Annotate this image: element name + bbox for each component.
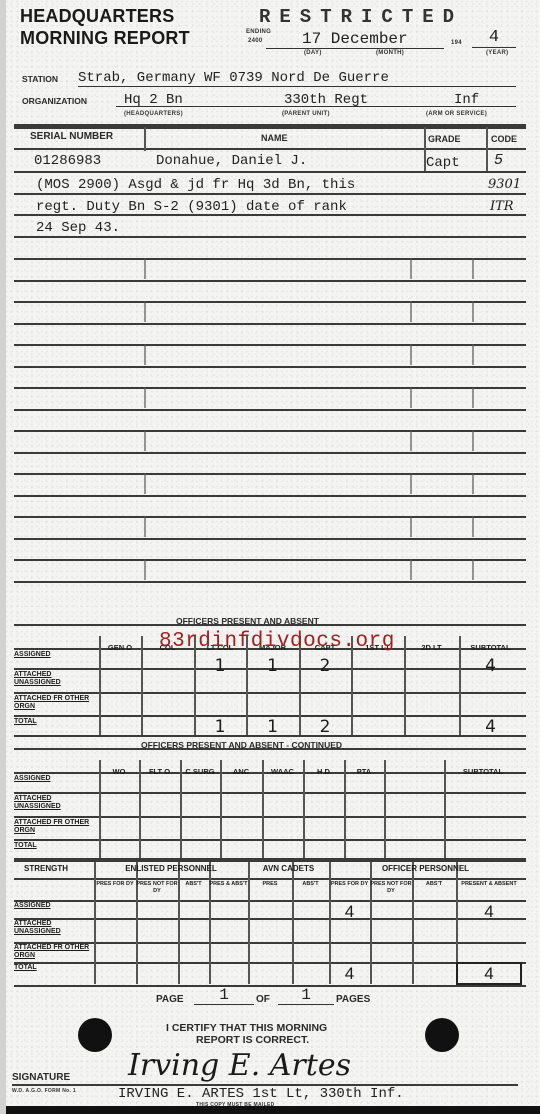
column-header: SUBTOTAL (459, 643, 522, 652)
year-prefix: 194 (451, 40, 462, 46)
form-note: W.D. A.G.O. FORM No. 1 (12, 1088, 76, 1094)
sub-day: (DAY) (304, 50, 322, 56)
column-header: H D (303, 767, 344, 776)
col-grade: GRADE (428, 134, 461, 144)
cell-value: 4 (456, 902, 522, 922)
sub-parent-unit: (PARENT UNIT) (282, 111, 330, 117)
row-label: ATTACHED UNASSIGNED (14, 795, 98, 811)
ruled-line (14, 323, 526, 325)
column-header: ABS'T (412, 881, 456, 888)
table-rule (14, 860, 526, 862)
column-header: PRESENT & ABSENT (456, 881, 522, 888)
col-code: CODE (491, 134, 517, 144)
sub-arm-service: (ARM OR SERVICE) (426, 111, 487, 117)
table-rule (14, 692, 526, 694)
ruled-line (14, 127, 526, 129)
total-box (456, 962, 522, 985)
record-serial: 01286983 (34, 153, 101, 169)
sub-month: (MONTH) (376, 50, 404, 56)
margin-note-initials: ITR (490, 199, 514, 214)
ruled-line (14, 280, 526, 282)
column-divider (472, 301, 474, 322)
column-header: PRES NOT FOR DY (136, 881, 178, 895)
column-header: PRES FOR DY (94, 881, 136, 888)
ruled-line (14, 301, 526, 303)
column-divider (144, 559, 146, 580)
table-rule (14, 878, 526, 880)
column-divider (144, 516, 146, 537)
column-header: WO (99, 767, 139, 776)
column-divider (144, 258, 146, 279)
column-divider (144, 127, 146, 151)
table-col-divider (384, 760, 386, 858)
column-header: SUBTOTAL (444, 767, 522, 776)
group-avn-cadets: AVN CADETS (248, 864, 329, 873)
strength-label: STRENGTH (24, 864, 68, 873)
record-remark-line2: regt. Duty Bn S-2 (9301) date of rank (36, 199, 347, 215)
cell-value: 1 (194, 717, 246, 737)
ruled-line (14, 559, 526, 561)
cell-value: 2 (299, 656, 351, 676)
cell-value: 1 (194, 656, 246, 676)
column-divider (472, 258, 474, 279)
page-label: PAGE (156, 994, 184, 1005)
title-morning-report: MORNING REPORT (20, 28, 190, 49)
col-serial-number: SERIAL NUMBER (30, 131, 113, 142)
record-name: Donahue, Daniel J. (156, 153, 307, 169)
group-enlisted: ENLISTED PERSONNEL (94, 864, 248, 873)
ruled-line (14, 214, 526, 216)
organization-parent: 330th Regt (284, 92, 368, 108)
report-year: 4 (472, 28, 516, 48)
column-header: ABS'T (292, 881, 329, 888)
cell-value: 4 (459, 656, 522, 676)
row-label: TOTAL (14, 964, 94, 972)
ruled-line (14, 538, 526, 540)
column-header: PRES NOT FOR DY (370, 881, 412, 895)
column-divider (486, 127, 488, 171)
column-divider (424, 127, 426, 171)
column-header: FLT O (139, 767, 180, 776)
table-rule (14, 792, 526, 794)
column-divider (410, 473, 412, 494)
ruled-line (14, 409, 526, 411)
column-header: PTA (344, 767, 384, 776)
cell-value: 1 (246, 717, 299, 737)
ruled-line (14, 171, 526, 173)
signature-label: SIGNATURE (12, 1072, 70, 1083)
column-header: C SURG (180, 767, 220, 776)
column-divider (410, 559, 412, 580)
ruled-line (14, 258, 526, 260)
row-label: ATTACHED UNASSIGNED (14, 671, 98, 687)
column-divider (410, 344, 412, 365)
ruled-line (14, 344, 526, 346)
row-label: ATTACHED UNASSIGNED (14, 920, 94, 936)
cell-value: 2 (299, 717, 351, 737)
column-divider (472, 344, 474, 365)
ruled-line (14, 581, 526, 583)
row-label: ATTACHED FR OTHER ORGN (14, 819, 98, 835)
pages-label: PAGES (336, 994, 370, 1005)
row-label: TOTAL (14, 718, 98, 726)
column-header: WAAC (262, 767, 303, 776)
record-code: 5 (494, 152, 503, 169)
organization-unit: Hq 2 Bn (124, 92, 183, 108)
ruled-line (14, 430, 526, 432)
column-divider (472, 473, 474, 494)
column-divider (472, 516, 474, 537)
sub-year: (YEAR) (486, 50, 508, 56)
scan-edge (6, 1106, 540, 1114)
table-rule (14, 816, 526, 818)
signer-typed-name: IRVING E. ARTES 1st Lt, 330th Inf. (118, 1086, 404, 1102)
table-rule (14, 624, 526, 626)
certify-line2: REPORT IS CORRECT. (196, 1034, 309, 1046)
ruled-line (14, 236, 526, 238)
column-header: ANC (220, 767, 262, 776)
column-divider (144, 344, 146, 365)
row-label: TOTAL (14, 842, 98, 850)
column-divider (472, 430, 474, 451)
cell-value: 4 (459, 717, 522, 737)
ruled-line (14, 366, 526, 368)
record-remark-line3: 24 Sep 43. (36, 220, 120, 236)
column-divider (410, 301, 412, 322)
row-label: ATTACHED FR OTHER ORGN (14, 695, 98, 711)
cell-value: 1 (246, 656, 299, 676)
table-rule (14, 839, 526, 841)
cell-value: 4 (329, 902, 370, 922)
table-rule (14, 748, 526, 750)
ruled-line (14, 516, 526, 518)
ruled-line (14, 495, 526, 497)
column-divider (472, 559, 474, 580)
row-label: ATTACHED FR OTHER ORGN (14, 944, 94, 960)
record-remark-line1: (MOS 2900) Asgd & jd fr Hq 3d Bn, this (36, 177, 355, 193)
signature-script: Irving E. Artes (128, 1048, 351, 1083)
station-value: Strab, Germany WF 0739 Nord De Guerre (78, 70, 516, 87)
classification-stamp: RESTRICTED (259, 6, 463, 28)
ruled-line (14, 452, 526, 454)
column-header: PRES FOR DY (329, 881, 370, 888)
row-label: ASSIGNED (14, 902, 94, 910)
sub-headquarters: (HEADQUARTERS) (124, 111, 183, 117)
column-divider (410, 258, 412, 279)
column-divider (410, 516, 412, 537)
table-rule (14, 985, 526, 987)
title-headquarters: HEADQUARTERS (20, 6, 174, 27)
of-label: OF (256, 994, 270, 1005)
column-header: ABS'T (178, 881, 209, 888)
column-divider (144, 301, 146, 322)
watermark: 83rdinfdivdocs.org (159, 630, 395, 653)
row-label: ASSIGNED (14, 775, 98, 783)
group-officer-personnel: OFFICER PERSONNEL (329, 864, 522, 873)
punch-hole-right (425, 1018, 459, 1052)
column-divider (144, 473, 146, 494)
cell-value: 4 (329, 964, 370, 984)
column-divider (410, 430, 412, 451)
station-label: STATION (22, 74, 58, 84)
ruled-line (14, 387, 526, 389)
ruled-line (14, 148, 526, 150)
certify-line1: I CERTIFY THAT THIS MORNING (166, 1022, 327, 1034)
page-total: 1 (278, 986, 334, 1005)
column-divider (472, 387, 474, 408)
row-label: ASSIGNED (14, 651, 98, 659)
morning-report-document: HEADQUARTERS MORNING REPORT RESTRICTED E… (0, 0, 540, 1114)
col-name: NAME (261, 133, 288, 143)
column-header: 2D LT (404, 643, 459, 652)
record-grade: Capt (426, 155, 460, 171)
punch-hole-left (78, 1018, 112, 1052)
margin-note-code: 9301 (488, 177, 521, 192)
ending-time: 2400 (248, 38, 263, 44)
column-divider (144, 387, 146, 408)
column-header: PRES & ABS'T (209, 881, 248, 888)
organization-label: ORGANIZATION (22, 96, 87, 106)
column-header: PRES (248, 881, 292, 888)
column-header: GEN O (99, 643, 141, 652)
report-date: 17 December (266, 30, 444, 49)
ruled-line (14, 473, 526, 475)
column-divider (144, 430, 146, 451)
page-number: 1 (194, 986, 254, 1005)
ruled-line (14, 193, 526, 195)
column-divider (410, 387, 412, 408)
organization-arm: Inf (454, 92, 479, 108)
